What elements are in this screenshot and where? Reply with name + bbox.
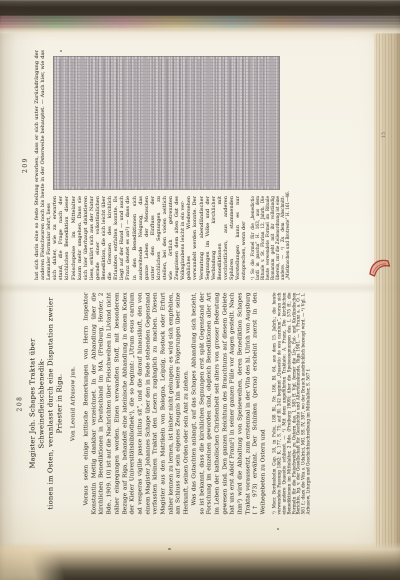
author-byline: Von Leonid Arbusow jun.: [71, 293, 77, 515]
book-bottom-corner-highlight: [0, 546, 85, 580]
page-208: 208 Magister Joh. Schapes Traktat über S…: [13, 285, 353, 520]
sheet-signature: 15: [381, 132, 387, 138]
page-number-208: 208: [17, 293, 24, 515]
dust-speck: [168, 548, 171, 550]
red-pen-mark: [367, 255, 392, 282]
book-photo: 209 hat sich darin eine so feste Stellun…: [0, 0, 400, 580]
article-title: Magister Joh. Schapes Traktat über Schwe…: [29, 293, 65, 515]
paragraph: Voraus seien einige kritische Bemerkunge…: [84, 293, 192, 515]
chromatic-fringe-band: [0, 16, 400, 29]
page-209-body: hat sich darin eine so feste Stellung er…: [34, 50, 291, 280]
page-208-body: Voraus seien einige kritische Bemerkunge…: [84, 293, 269, 515]
paragraph: hat sich darin eine so feste Stellung er…: [34, 50, 52, 280]
page-stack-fore-edge: [374, 28, 400, 548]
title-line: Magister Joh. Schapes Traktat über Schwe…: [29, 293, 47, 515]
page-209: 209 hat sich darin eine so feste Stellun…: [13, 40, 353, 284]
page-number-209: 209: [22, 50, 29, 280]
dust-speck: [60, 50, 62, 52]
paragraph: Was das Gutachten anlangt, auf das Schap…: [191, 293, 268, 515]
manuscript-facsimile-halftone: [53, 56, 280, 190]
dust-speck: [277, 528, 279, 530]
title-line: Priester in Riga.: [56, 293, 65, 515]
title-line: tionen im Osten, veranlasst durch eine D…: [47, 293, 56, 515]
footnotes-208: ¹) Mscr. Bordesholm Cap. 18, in Folio, 1…: [272, 293, 311, 515]
